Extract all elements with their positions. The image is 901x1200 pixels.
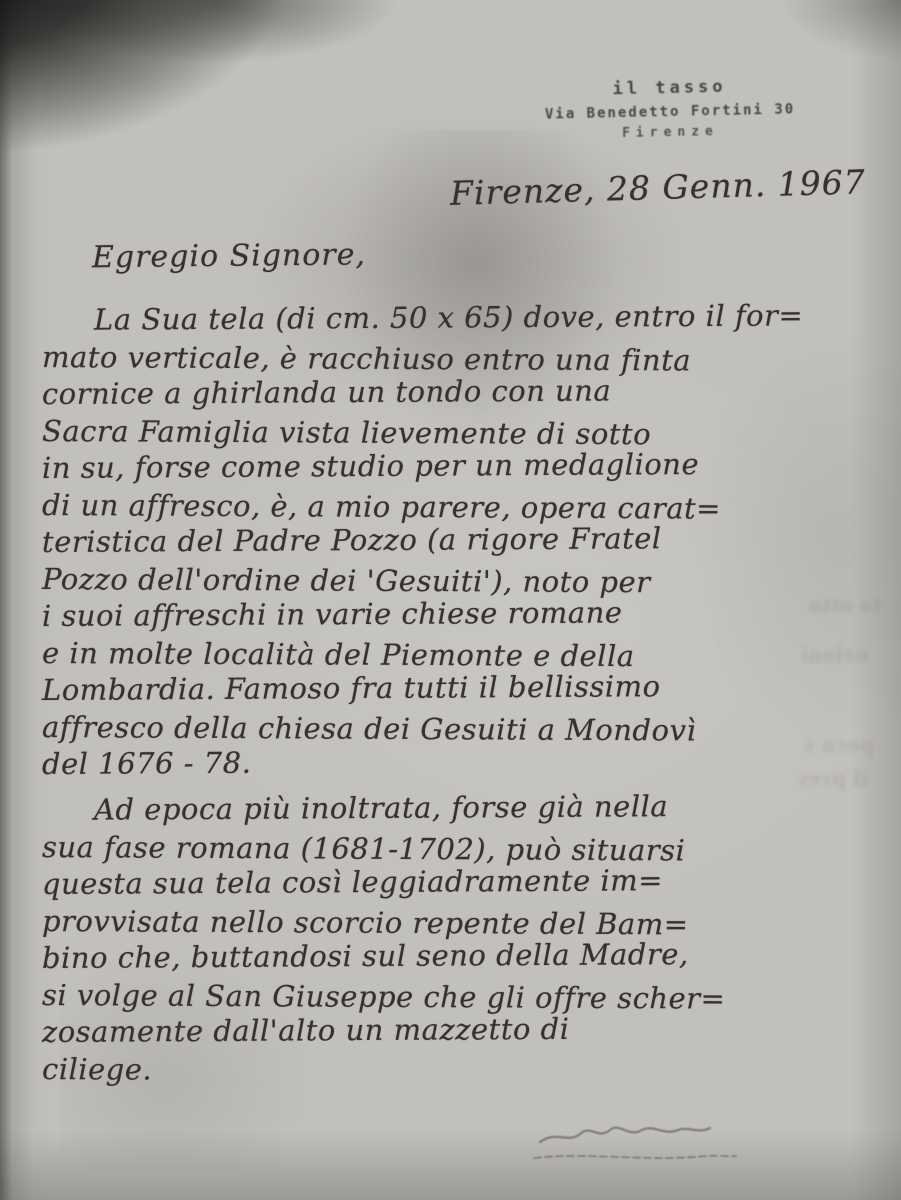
letterhead-stamp: il tasso Via Benedetto Fortini 30 Firenz… xyxy=(499,74,840,143)
letter-line: Lombardia. Famoso fra tutti il bellissim… xyxy=(42,667,870,709)
letter-line: ciliege. xyxy=(42,1051,870,1092)
letter-line: La Sua tela (di cm. 50 x 65) dove, entro… xyxy=(42,297,870,339)
letter-line: bino che, buttandosi sul seno della Madr… xyxy=(42,935,870,977)
bleed-through-text: nzioni xyxy=(800,642,869,669)
letter-photo: il tasso Via Benedetto Fortini 30 Firenz… xyxy=(0,0,901,1200)
letter-line: teristica del Padre Pozzo (a rigore Frat… xyxy=(42,519,870,561)
letter-line: zosamente dall'alto un mazzetto di xyxy=(42,1009,870,1051)
date-line: Firenze, 28 Genn. 1967 xyxy=(450,162,871,213)
letterhead-address: Via Benedetto Fortini 30 xyxy=(500,100,840,123)
letter-line: i suoi affreschi in varie chiese romane xyxy=(42,593,870,635)
signature-scrawl xyxy=(528,1100,778,1170)
bleed-through-text: il pres xyxy=(798,766,868,793)
letter-body: La Sua tela (di cm. 50 x 65) dove, entro… xyxy=(42,302,870,1088)
salutation: Egregio Signore, xyxy=(92,236,512,275)
letterhead-name: il tasso xyxy=(499,74,839,101)
letterhead-city: Firenze xyxy=(500,121,840,143)
letter-line: cornice a ghirlanda un tondo con una xyxy=(42,371,870,413)
bleed-through-text: poca s xyxy=(804,732,873,759)
letter-line: del 1676 - 78. xyxy=(42,741,870,783)
paragraph-2: Ad epoca più inoltrata, forse già nella … xyxy=(42,792,870,1088)
letter-line: Ad epoca più inoltrata, forse già nella xyxy=(42,787,870,829)
letter-line: in su, forse come studio per un medaglio… xyxy=(42,445,870,487)
bleed-through-text: to otto xyxy=(808,592,881,619)
letter-line: questa sua tela così leggiadramente im= xyxy=(42,861,870,903)
paragraph-1: La Sua tela (di cm. 50 x 65) dove, entro… xyxy=(42,302,870,783)
